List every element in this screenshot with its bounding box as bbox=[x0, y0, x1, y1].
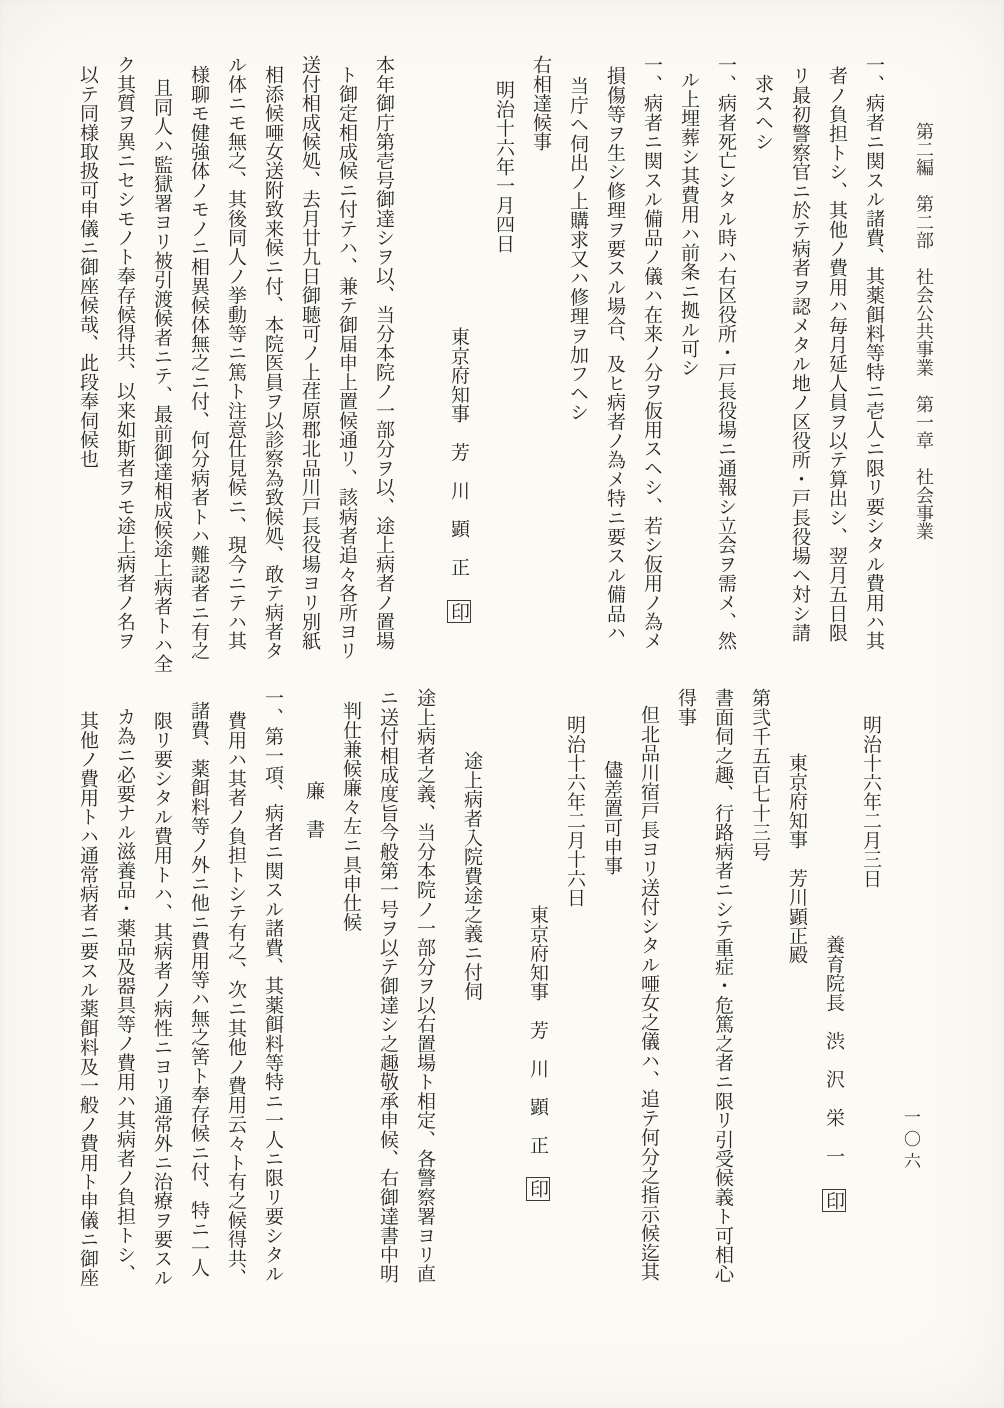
text-column: リ最初警察官ニ於テ病者ヲ認メタル地ノ区役所・戸長役場ヘ対シ請 bbox=[790, 55, 809, 659]
text-column: 送付相成候処、去月廿九日御聴可ノ上荏原郡北品川戸長役場ヨリ別紙 bbox=[300, 55, 319, 659]
text-column: 当庁ヘ伺出ノ上購求又ハ修理ヲ加フヘシ bbox=[568, 55, 587, 659]
running-header: 第二編 第二部 社会公共事業 第一章 社会事業 bbox=[914, 55, 932, 659]
text-column: 限リ要シタル費用トハ、其病者ノ病性ニヨリ通常外ニ治療ヲ要スル bbox=[152, 688, 171, 1292]
text-column: 東京府知事 芳 川 顕 正 印 bbox=[528, 688, 547, 1292]
seal-mark: 印 bbox=[822, 1189, 846, 1212]
text-column: ル体ニモ無之、其後同人ノ挙動等ニ篤ト注意仕見候ニ、現今ニテハ其 bbox=[226, 55, 245, 659]
text-column: 求スヘシ bbox=[753, 55, 772, 659]
text-column: 諸費、薬餌料等ノ外ニ他ニ費用等ハ無之筈ト奉存候ニ付、特ニ一人 bbox=[189, 688, 208, 1292]
text-column: 廉 書 bbox=[304, 688, 323, 1292]
text-column: 明治十六年二月三日 bbox=[861, 688, 880, 1292]
text-column: 明治十六年二月十六日 bbox=[565, 688, 584, 1292]
top-document: 第二編 第二部 社会公共事業 第一章 社会事業一、病者ニ関スル諸費、其薬餌料等特… bbox=[60, 55, 932, 659]
text-column: 第弐千五百七十三号 bbox=[750, 688, 769, 1292]
text-column: ク其質ヲ異ニセシモノト奉存候得共、以来如斯者ヲモ途上病者ノ名ヲ bbox=[115, 55, 134, 659]
scanned-page: 第二編 第二部 社会公共事業 第一章 社会事業一、病者ニ関スル諸費、其薬餌料等特… bbox=[0, 0, 1004, 1408]
text-column: 東京府知事 芳川顕正殿 bbox=[787, 688, 806, 1292]
text-column: 但北品川宿戸長ヨリ送付シタル唖女之儀ハ、追テ何分之指示候迄其 bbox=[639, 688, 658, 1292]
text-column: 判仕兼候廉々左ニ具申仕候 bbox=[341, 688, 360, 1292]
text-column: 其他ノ費用トハ通常病者ニ要スル薬餌料及一般ノ費用ト申儀ニ御座 bbox=[78, 688, 97, 1292]
seal-mark: 印 bbox=[447, 600, 471, 623]
text-column: 途上病者入院費途之義ニ付伺 bbox=[462, 688, 481, 1292]
text-column: 本年御庁第壱号御達シヲ以、当分本院ノ一部分ヲ以、途上病者ノ置場 bbox=[374, 55, 393, 659]
text-column: 以テ同様取扱可申儀ニ御座候哉、此段奉伺候也 bbox=[78, 55, 97, 659]
text-column: 相添候唖女送附致来候ニ付、本院医員ヲ以診察為致候処、敢テ病者タ bbox=[263, 55, 282, 659]
seal-mark: 印 bbox=[526, 1177, 550, 1200]
text-column: 者ノ負担トシ、其他ノ費用ハ毎月延人員ヲ以テ算出シ、翌月五日限 bbox=[827, 55, 846, 659]
text-column: 損傷等ヲ生シ修理ヲ要スル場合、及ヒ病者ノ為メ特ニ要スル備品ハ bbox=[605, 55, 624, 659]
text-column: 様聊モ健強体ノモノニ相異候体無之ニ付、何分病者トハ難認者ニ有之 bbox=[189, 55, 208, 659]
text-column: 且同人ハ監獄署ヨリ被引渡候者ニテ、最前御達相成候途上病者トハ全 bbox=[152, 55, 171, 659]
text-column: 一、病者ニ関スル諸費、其薬餌料等特ニ壱人ニ限リ要シタル費用ハ其 bbox=[864, 55, 883, 659]
text-column: 儘差置可申事 bbox=[602, 688, 621, 1292]
text-column: 得事 bbox=[676, 688, 695, 1292]
text-column: ト御定相成候ニ付テハ、兼テ御届申上置候通リ、該病者追々各所ヨリ bbox=[337, 55, 356, 659]
text-column: 養育院長 渋 沢 栄 一 印 bbox=[824, 688, 843, 1292]
page-number: 一〇六 bbox=[901, 1108, 918, 1174]
text-column: 一、病者ニ関スル備品ノ儀ハ在来ノ分ヲ仮用スヘシ、若シ仮用ノ為メ bbox=[642, 55, 661, 659]
text-column: 東京府知事 芳 川 顕 正 印 bbox=[449, 55, 468, 659]
text-column: 書面伺之趣、行路病者ニシテ重症・危篤之者ニ限リ引受候義ト可相心 bbox=[713, 688, 732, 1292]
text-column: 一、第一項、病者ニ関スル諸費、其薬餌料等特ニ一人ニ限リ要シタル bbox=[263, 688, 282, 1292]
text-column: ニ送付相成度旨今般第一号ヲ以テ御達シ之趣敬承申候、右御達書中明 bbox=[378, 688, 397, 1292]
text-column: カ為ニ必要ナル滋養品・薬品及器具等ノ費用ハ其病者ノ負担トシ、 bbox=[115, 688, 134, 1292]
text-column: 右相達候事 bbox=[531, 55, 550, 659]
text-column: 途上病者之義、当分本院ノ一部分ヲ以右置場ト相定、各警察署ヨリ直 bbox=[415, 688, 434, 1292]
text-column: 費用ハ其者ノ負担トシテ有之、次ニ其他ノ費用云々ト有之候得共、 bbox=[226, 688, 245, 1292]
text-column: 明治十六年一月四日 bbox=[494, 55, 513, 659]
bottom-document: 明治十六年二月三日養育院長 渋 沢 栄 一 印東京府知事 芳川顕正殿第弐千五百七… bbox=[60, 688, 880, 1292]
text-column: ル上埋葬シ其費用ハ前条ニ拠ル可シ bbox=[679, 55, 698, 659]
text-column: 一、病者死亡シタル時ハ右区役所・戸長役場ニ通報シ立会ヲ需メ、然 bbox=[716, 55, 735, 659]
